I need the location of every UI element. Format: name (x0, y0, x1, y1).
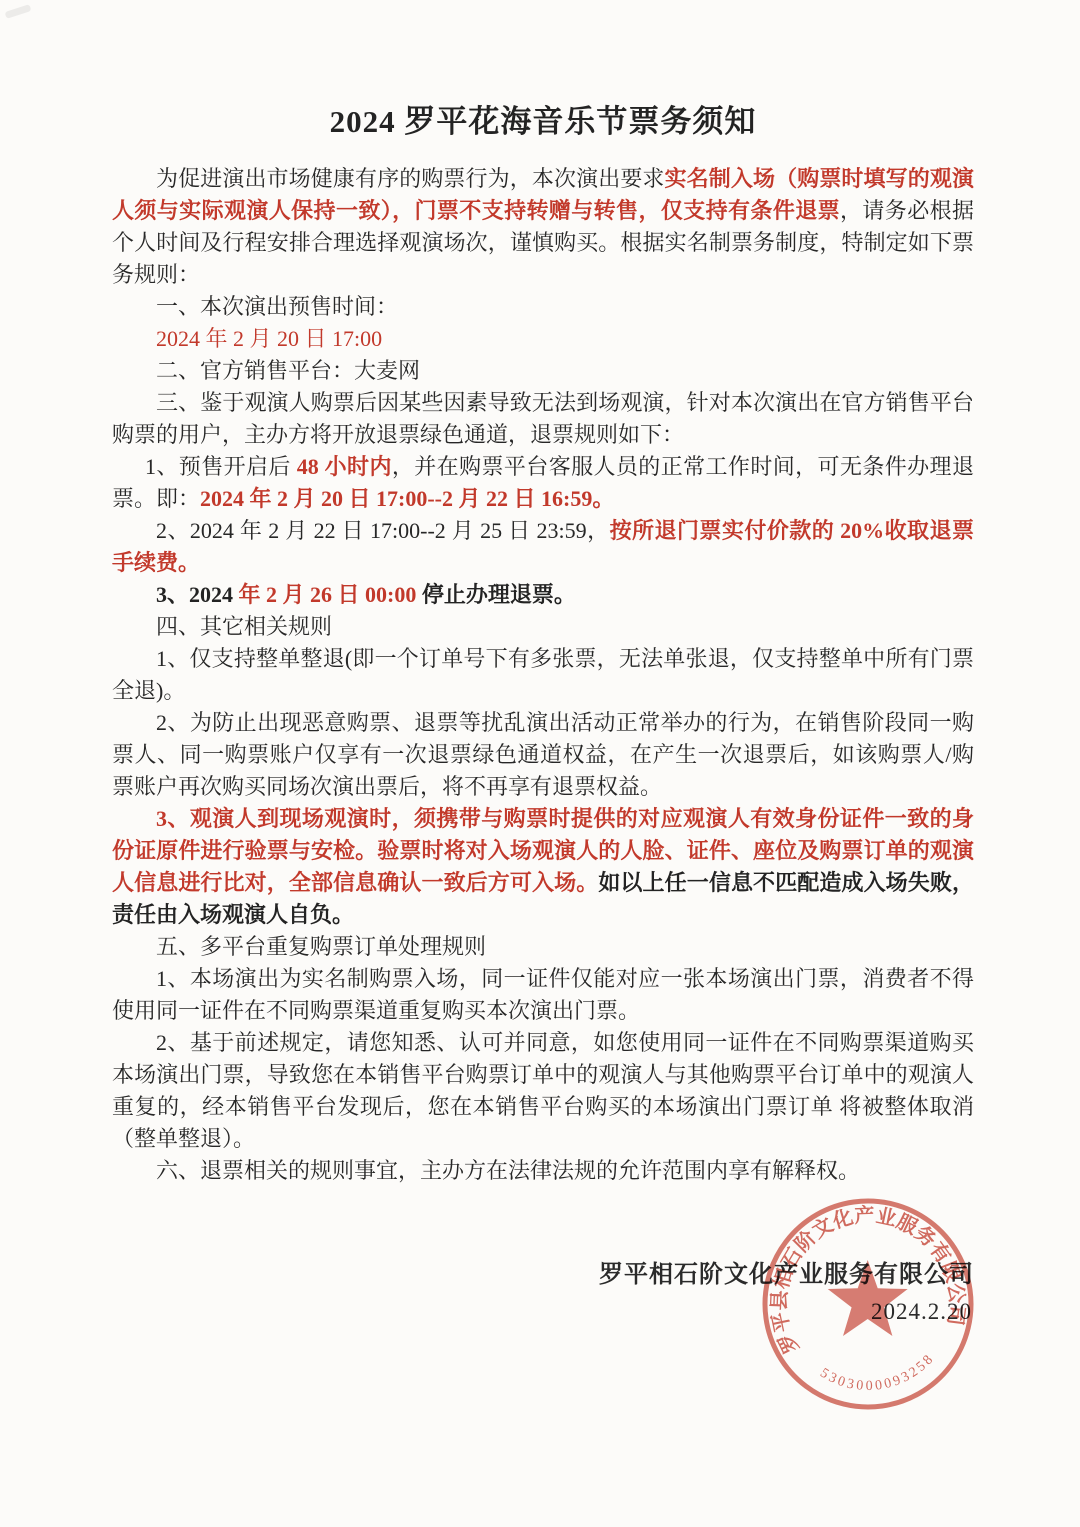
text-segment: 48 小时内 (297, 454, 392, 479)
paragraph: 1、仅支持整单整退(即一个订单号下有多张票，无法单张退，仅支持整单中所有门票全退… (112, 643, 974, 707)
text-segment: 六、退票相关的规则事宜，主办方在法律法规的允许范围内享有解释权。 (156, 1158, 860, 1183)
paragraph: 2、基于前述规定，请您知悉、认可并同意，如您使用同一证件在不同购票渠道购买本场演… (112, 1027, 974, 1155)
text-segment: 3、2024 (156, 582, 239, 607)
scan-artifact (5, 4, 32, 19)
text-segment: 2024 年 2 月 20 日 17:00--2 月 22 日 16:59。 (200, 486, 614, 511)
paragraph: 五、多平台重复购票订单处理规则 (112, 931, 974, 963)
text-segment: 一、本次演出预售时间： (156, 294, 398, 319)
text-segment: 2、基于前述规定，请您知悉、认可并同意，如您使用同一证件在不同购票渠道购买本场演… (112, 1030, 974, 1151)
text-segment: 二、官方销售平台：大麦网 (156, 358, 420, 383)
text-segment: 1、预售开启后 (145, 454, 297, 479)
text-segment: 三、鉴于观演人购票后因某些因素导致无法到场观演，针对本次演出在官方销售平台购票的… (112, 390, 974, 447)
paragraph: 1、本场演出为实名制购票入场，同一证件仅能对应一张本场演出门票，消费者不得使用同… (112, 963, 974, 1027)
text-segment: 为促进演出市场健康有序的购票行为，本次演出要求 (156, 166, 665, 191)
text-segment: 五、多平台重复购票订单处理规则 (156, 934, 486, 959)
paragraph: 二、官方销售平台：大麦网 (112, 355, 974, 387)
text-segment: 1、仅支持整单整退(即一个订单号下有多张票，无法单张退，仅支持整单中所有门票全退… (112, 646, 974, 703)
document-page: 2024 罗平花海音乐节票务须知 为促进演出市场健康有序的购票行为，本次演出要求… (0, 0, 1080, 1527)
text-segment: 停止办理退票。 (422, 582, 576, 607)
star-icon (824, 1255, 913, 1344)
paragraph: 六、退票相关的规则事宜，主办方在法律法规的允许范围内享有解释权。 (112, 1155, 974, 1187)
paragraph: 1、预售开启后 48 小时内，并在购票平台客服人员的正常工作时间，可无条件办理退… (112, 451, 974, 515)
text-segment: 四、其它相关规则 (156, 614, 332, 639)
paragraph: 2、2024 年 2 月 22 日 17:00--2 月 25 日 23:59，… (112, 515, 974, 579)
paragraph: 一、本次演出预售时间： (112, 291, 974, 323)
document-body: 为促进演出市场健康有序的购票行为，本次演出要求实名制入场（购票时填写的观演人须与… (112, 163, 974, 1187)
paragraph: 3、观演人到现场观演时，须携带与购票时提供的对应观演人有效身份证件一致的身份证原… (112, 803, 974, 931)
company-seal: 罗平县相石阶文化产业服务有限公司 5303000093258 (732, 1168, 1003, 1439)
text-segment: 2024 年 2 月 20 日 17:00 (156, 326, 382, 351)
text-segment: 年 2 月 26 日 00:00 (239, 582, 422, 607)
text-segment: 1、本场演出为实名制购票入场，同一证件仅能对应一张本场演出门票，消费者不得使用同… (112, 966, 974, 1023)
document-title: 2024 罗平花海音乐节票务须知 (112, 96, 974, 141)
text-segment: 2、2024 年 2 月 22 日 17:00--2 月 25 日 23:59， (156, 518, 610, 543)
paragraph: 2、为防止出现恶意购票、退票等扰乱演出活动正常举办的行为，在销售阶段同一购票人、… (112, 707, 974, 803)
paragraph: 四、其它相关规则 (112, 611, 974, 643)
paragraph: 三、鉴于观演人购票后因某些因素导致无法到场观演，针对本次演出在官方销售平台购票的… (112, 387, 974, 451)
text-segment: 2、为防止出现恶意购票、退票等扰乱演出活动正常举办的行为，在销售阶段同一购票人、… (112, 710, 974, 799)
paragraph: 3、2024 年 2 月 26 日 00:00 停止办理退票。 (112, 579, 974, 611)
paragraph: 2024 年 2 月 20 日 17:00 (112, 323, 974, 355)
paragraph: 为促进演出市场健康有序的购票行为，本次演出要求实名制入场（购票时填写的观演人须与… (112, 163, 974, 291)
